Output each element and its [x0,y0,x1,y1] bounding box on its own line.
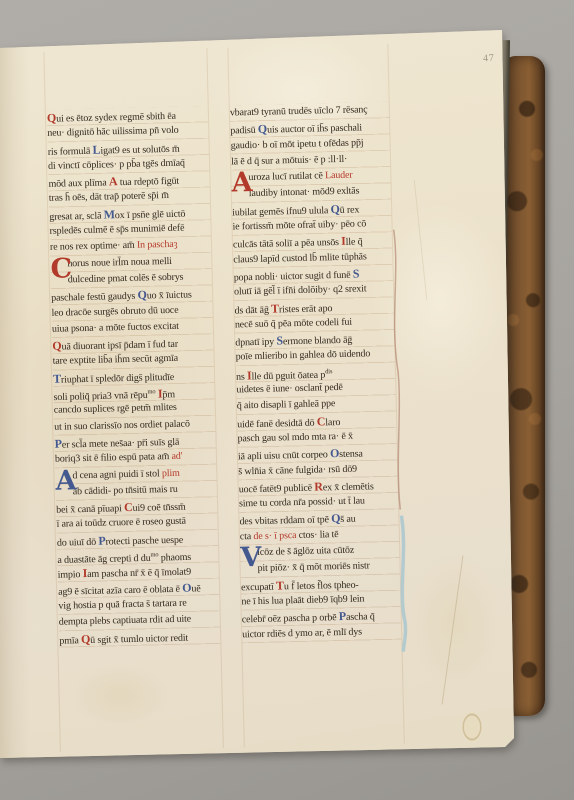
rubric-text: ad' [171,451,182,462]
lombard-initial: S [353,266,360,280]
manuscript-page: 47 Qui es ētoz sydex regmē sbith ēaneu· … [0,0,574,800]
drop-cap-initial: C [50,256,72,282]
lombard-initial: Q [331,511,341,525]
body-text: uē [191,583,200,594]
body-text: excupatī [241,581,276,593]
body-text: q̄ aito disapli ī gahleā ppe [237,398,336,411]
body-text: re nos rex optime· am̄ [50,240,137,253]
rubric-text: plim [162,467,180,478]
body-text: boriq3 sit ē filio espū pata am̄ [55,451,172,465]
body-text: ex x̄ clemētis [323,481,374,493]
body-text: ascha q̄ [346,611,375,623]
body-text: leo dracōe surgēs obruto dū uoce [51,304,178,318]
body-text: culcās tātā soliī a pēa unsōs [233,237,341,251]
body-text: uroza lucī rutilat cē [248,170,325,183]
body-text: tare exptite lib̄a ih̄m secūt agmīa [53,353,179,367]
body-text: laudiby intonat· mōd9 exltās [249,186,360,200]
lombard-initial: Q [258,122,268,136]
body-text: riuphat ī spledōr digs̄ plitudīe [61,372,174,386]
drop-cap-initial: A [231,170,252,196]
body-text: ctos· lia tē [296,529,338,541]
body-text: ut in suo clarissīo nos ordiet palacō [54,418,190,432]
body-text: sime tu corda nr̄a possid· ut t̄ lau [239,496,365,510]
body-text: mo [147,388,155,395]
body-text: lcōz de s̄ āglōz uita cūtōz [257,545,354,558]
body-text: tras h̄ oēs, dāt trap̄ poterē sp̄i m̄ [49,190,169,204]
body-text: uidē fanē desidtā dō [237,417,317,430]
body-text: celebr̄ oēz pascha p orbē [242,612,339,625]
body-text: bei x̄ canā pīuapi [56,503,124,516]
body-text: ermone blando āḡ [283,335,352,348]
body-text: mōd aux plīma [48,178,109,190]
body-text: ū rex [340,204,360,215]
photograph-background: { "folio": { "number": "47" }, "palette"… [0,0,574,800]
body-text: phaoms [158,552,191,564]
body-text: di vinctī cōplices· p pb̄a tgēs dmīaq̄ [48,157,185,171]
body-text: dis [325,368,332,375]
body-text: gresat ar, sclā [49,210,104,222]
body-text: uis auctor oī ih̄s paschali [267,123,362,136]
body-text: gaudio· b oī mōt ipetu t ofēdas pp̄j [231,137,364,151]
text-line: pmīa Qū sgit x̄ tumlo uictor redit [59,627,220,647]
body-text: uiua psona· a mōte fuctos excitat [52,321,179,335]
body-text: dempta plebs captiuata rdit ad uite [59,614,191,628]
body-text: pit piōz· x̄ q̄ mōt moriēs nistr [258,561,370,575]
body-text: iā apli uisu cnūt corpeo [238,449,330,462]
drop-cap-initial: V [240,545,261,571]
body-text: uocē fatēt9 publicē [239,482,315,495]
body-text: iubilat gemēs ifnu9 ulula [232,205,331,218]
body-text: uidetes ē iune· osclant̄ pedē [236,382,343,396]
body-text: uo x̄ īuictus [147,290,192,302]
body-text: ui9 coē tn̄ssm̄ [132,502,185,514]
text-line: uictor rdiēs d ymo ar, ē mlī dys [242,623,401,643]
body-text: poīe mlieribo in gahlea dō uidendo [236,349,371,363]
body-text: paschale festū gaudys [51,291,138,304]
lombard-initial: Q [81,631,91,645]
body-text: ne ī his lua plaāt dieb9 īqb9 lein [241,593,364,607]
body-text: olutī iā gēl̄ ī ifn̄i dolōiby· q2 srexit [234,284,367,298]
body-text: ox ī psn̄e glē uictō [115,208,186,221]
drop-cap-initial: A [55,468,76,494]
lombard-initial: M [103,207,115,221]
lombard-initial: C [317,414,326,428]
body-text: des vbitas rddam oī tpē [239,515,331,528]
body-text: dulcedine pmat colēs ē sobrys [68,272,184,286]
body-text: tua rdeptō figūt [117,176,179,188]
body-text: uictor rdiēs d ymo ar, ē mlī dys [242,626,362,640]
body-text: s̄ wln̄ia x̄ cāne fulgida· rsū dō9 [238,463,357,477]
left-text-column: Qui es ētoz sydex regmē sbith ēaneu· dig… [47,106,221,647]
body-text: lā ē d q̄ sur a mōtuis· ē p :ll·ll· [231,154,347,168]
body-text: ns [236,371,247,382]
body-text: vig hostia p quā fracta s̄ tartara re [58,598,186,612]
lombard-initial: Q [330,202,340,216]
body-text: padisū [230,125,258,137]
body-text: stensa [339,449,363,461]
body-text: cta [240,531,254,542]
body-text: ristes erāt apo [279,303,333,315]
body-text: p̄m [162,389,175,400]
right-text-column: vbarat9 tyranū trudēs uīclo 7 rēsançpadi… [230,102,402,643]
rubric-text: In paschaȝ [137,239,178,251]
body-text: ie fortissm̄ mōte ofrat̄ uiby· pēo cō [232,218,366,232]
body-text: pmīa [59,635,81,647]
body-text: rspledēs culmē ē sp̄s munimiē defē [49,223,184,237]
body-text: u f̄ letos f̄los tpheo- [284,579,359,592]
body-text: am pascha nr̄ x̄ ē q̄ īmolat9 [87,567,191,580]
body-text: necē suō q̄ pēa mōte codeli fui [235,317,352,331]
body-text: ū sgit x̄ tumlo uictor redit [90,632,188,645]
body-text: uā diuorant ipsī p̄dam ī fud tar [61,339,178,353]
lombard-initial: R [314,479,323,493]
body-text: ab cādidi- po tn̄sitū mais ru [73,484,178,497]
body-text: horus noue irl̄m noua melli [67,256,172,269]
rubric-text: de s· ī psca [253,530,296,542]
body-text: claus9 lapīd custod lb̄ mlite tūphās [233,251,367,265]
body-text: do uiuī dō [57,536,99,548]
body-text: pasch gau sol mdo mta ra· ē x̄ [237,431,353,445]
text-block: Qui es ētoz sydex regmē sbith ēaneu· dig… [0,0,574,800]
body-text: lle q̄ [346,237,363,248]
lombard-initial: Q [137,288,147,302]
body-text: vbarat9 tyranū trudēs uīclo 7 rēsanç [230,104,368,118]
body-text: s̄ au [340,514,355,525]
body-text: ī ara ai toūdz cruore ē roseo gustā [56,516,186,530]
body-text: ds dāt āḡ [234,304,271,316]
body-text: dpnatī ipy [235,337,276,349]
body-text: laro [325,417,340,428]
body-text: d cena agni puidi ī stol [72,468,162,481]
body-text: neu· dignitō hāc uilissima pn̄ volo [47,125,179,139]
body-text: ris formulā [48,145,93,157]
body-text: impio [58,569,83,581]
body-text: cancdo suplices rgē petm̄ mlites [54,402,177,416]
body-text: igat9 es ut solutōs m̄ [100,143,179,156]
body-text: rotecti pasche uespe [105,534,183,547]
lombard-initial: A [109,174,118,188]
rubric-text: Lauder [325,170,353,182]
